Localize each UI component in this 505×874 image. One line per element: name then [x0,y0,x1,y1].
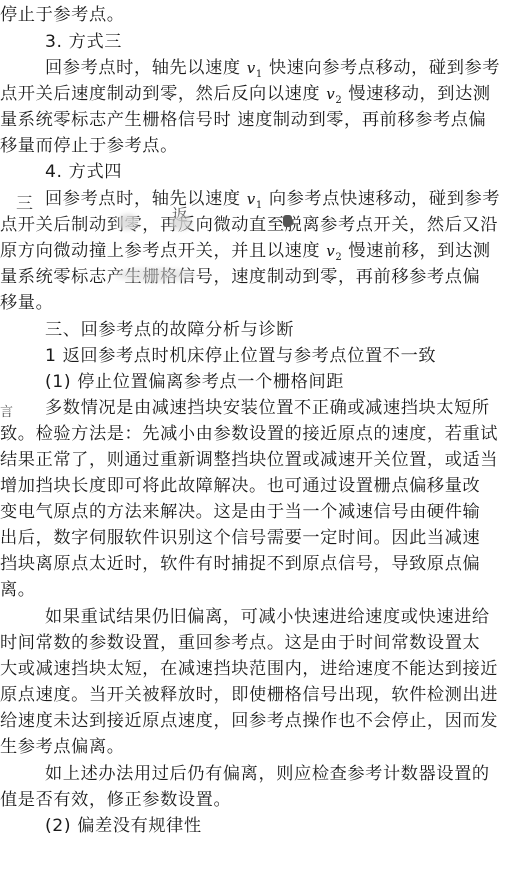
velocity-v1: v1 [247,59,263,77]
text-line: 结果正常了，则通过重新调整挡块位置或减速开关位置，或适当 [0,448,498,472]
subsection-heading: 1 返回参考点时机床停止位置与参考点位置不一致 [45,344,436,368]
subsection-heading: 4. 方式四 [45,160,122,184]
margin-mark: 三 [16,189,33,214]
margin-mark: 言 [0,401,13,420]
subsection-heading: (1) 停止位置偏离参考点一个栅格间距 [45,370,344,394]
text-line: 给速度未达到接近原点速度，回参考点操作也不会停止，因而发 [0,709,498,733]
text-line: 量系统零标志产生栅格信号，速度制动到零，再前移参考点偏 [0,265,480,289]
text-line: 增加挡块长度即可将此故障解决。也可通过设置栅点偏移量改 [0,474,480,498]
text-line: 大或减速挡块太短，在减速挡块范围内，进给速度不能达到接近 [0,657,498,681]
text-line: 时间常数的参数设置，重回参考点。这是由于时间常数设置太 [0,631,480,655]
text-line: 挡块离原点太近时，软件有时捕捉不到原点信号，导致原点偏 [0,552,480,576]
velocity-v1: v1 [247,190,263,208]
document-page: 停止于参考点。 3. 方式三 回参考点时，轴先以速度 v1 快速向参考点移动，碰… [0,0,505,874]
velocity-v2: v2 [326,85,342,103]
text-line: 致。检验方法是：先减小由参数设置的接近原点的速度，若重试 [0,422,498,446]
text-line: 原点速度。当开关被释放时，即使栅格信号出现，软件检测出进 [0,683,498,707]
velocity-v2: v2 [326,242,342,260]
text-line: 多数情况是由减速挡块安装位置不正确或减速挡块太短所 [45,396,490,420]
text-line: 停止于参考点。 [0,3,125,27]
text-line: 移量。 [0,291,53,315]
scan-smudge [283,215,292,227]
text-line: 出后，数字伺服软件识别这个信号需要一定时间。因此当减速 [0,526,480,550]
text-line: 移量而停止于参考点。 [0,134,178,158]
scan-smudge [118,214,138,230]
text-line: 变电气原点的方法来解决。这是由于当一个减速信号由硬件输 [0,500,480,524]
text-line: 离。 [0,578,36,602]
text-line: 如果重试结果仍旧偏离，可减小快速进给速度或快速进给 [45,605,490,629]
text-line: 如上述办法用过后仍有偏离，则应检查参考计数器设置的 [45,762,490,786]
subsection-heading: 3. 方式三 [45,30,122,54]
text-line: 点开关后制动到零，再反向微动直至脱离参考点开关，然后又沿 [0,213,498,237]
subsection-heading: (2) 偏差没有规律性 [45,814,202,838]
section-heading: 三、回参考点的故障分析与诊断 [45,318,294,342]
scan-smudge [170,216,192,230]
text-line: 生参考点偏离。 [0,735,125,759]
text-line: 量系统零标志产生栅格信号时 速度制动到零，再前移参考点偏 [0,108,486,132]
text-line: 值是否有效，修正参数设置。 [0,788,231,812]
scan-smudge [115,268,195,282]
